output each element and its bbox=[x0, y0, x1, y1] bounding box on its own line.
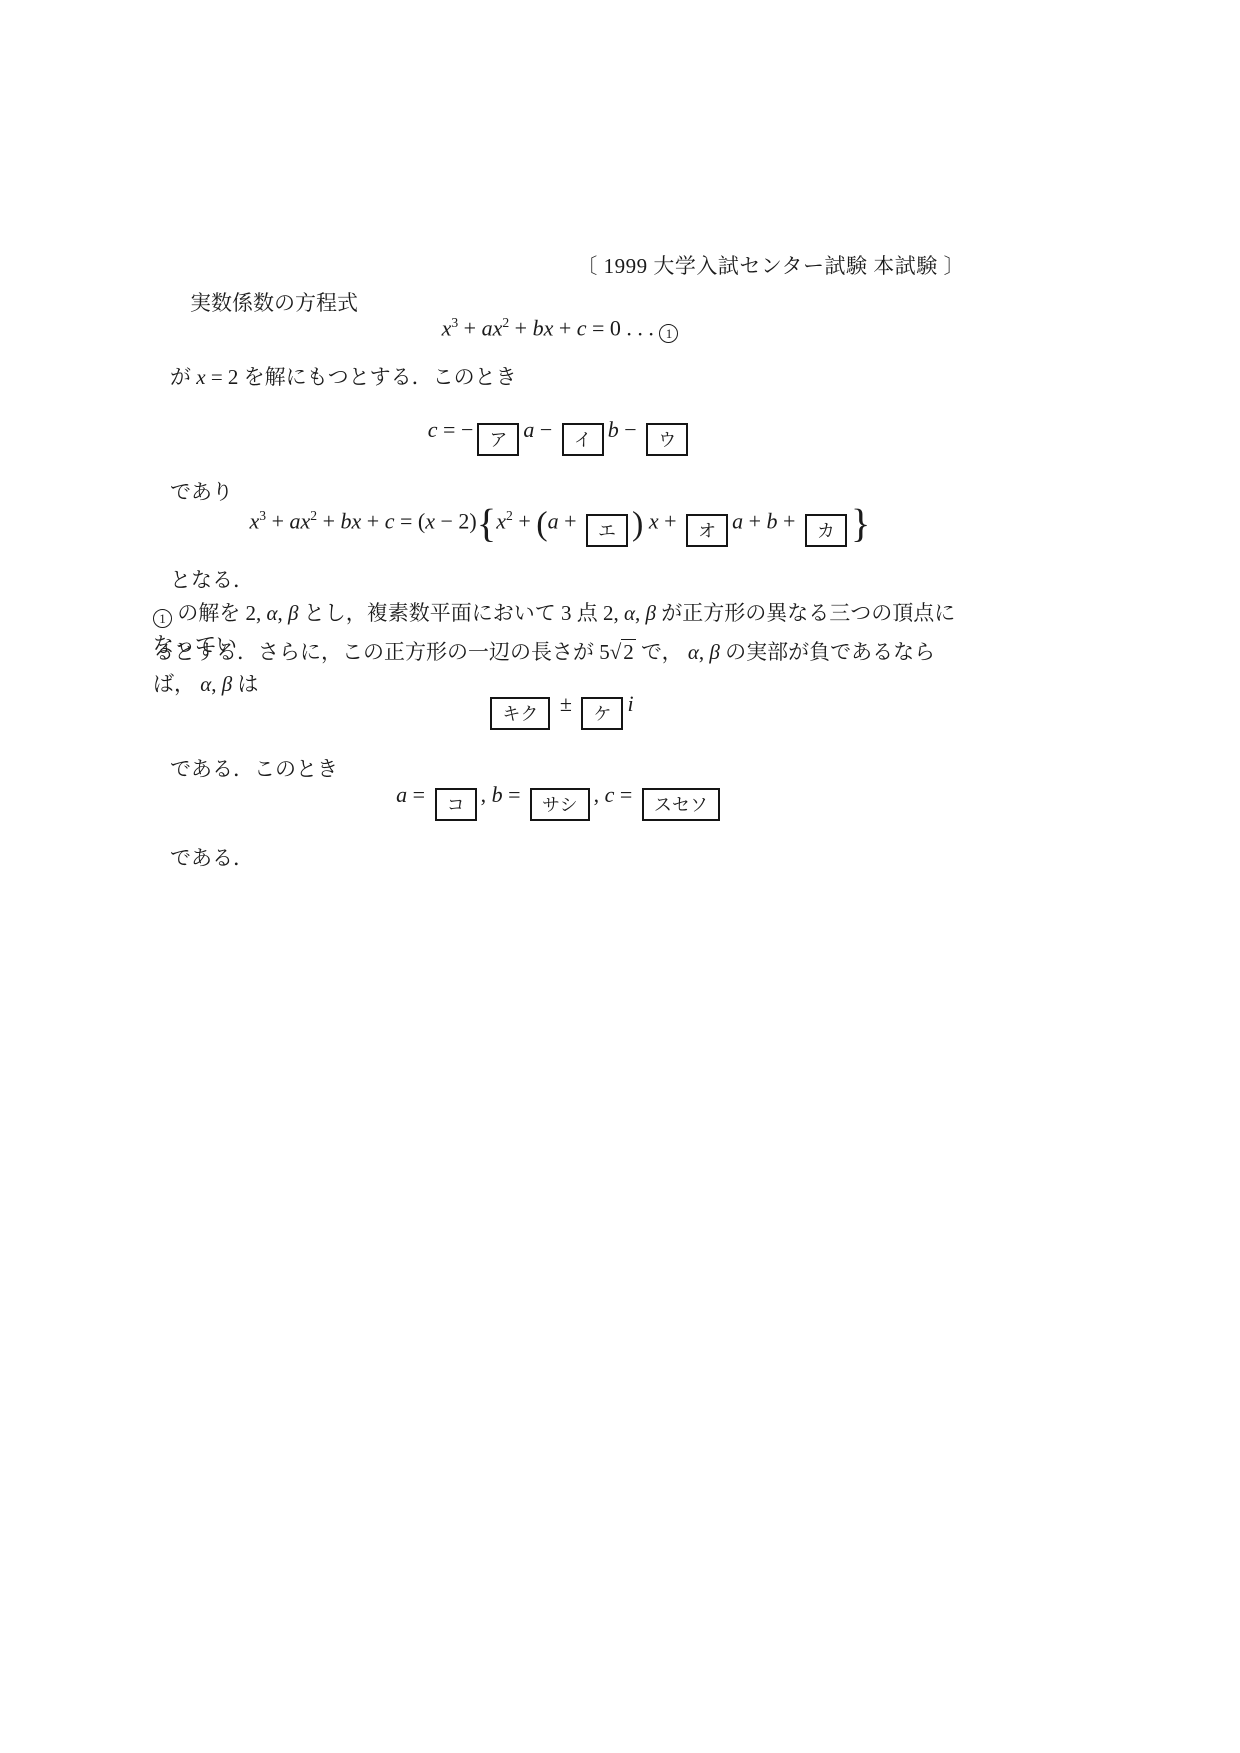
math-token: + bbox=[509, 315, 532, 340]
math-token: c bbox=[577, 315, 587, 340]
math-token: c bbox=[605, 782, 615, 807]
answer-box-suseso: スセソ bbox=[642, 788, 720, 821]
math-token: i bbox=[627, 691, 633, 716]
math-token: b bbox=[608, 417, 619, 442]
math-token: 2 bbox=[506, 508, 513, 523]
dearu-line: である． bbox=[170, 843, 254, 873]
math-token: = 0 . . . bbox=[587, 315, 660, 340]
math-token: a bbox=[548, 508, 559, 533]
equation-c-value: c = −アa − イb − ウ bbox=[155, 410, 965, 456]
answer-box-kiku: キク bbox=[490, 697, 550, 730]
equation-alpha-beta: キク ± ケi bbox=[155, 684, 965, 730]
answer-box-a: ア bbox=[477, 423, 519, 456]
math-token: − bbox=[619, 417, 642, 442]
math-token: ax bbox=[482, 315, 503, 340]
math-token: + bbox=[266, 508, 289, 533]
math-token: + bbox=[559, 508, 582, 533]
math-token: = bbox=[407, 782, 430, 807]
math-token: , bbox=[699, 640, 710, 664]
sqrt-expression: √2 bbox=[610, 639, 636, 664]
answer-box-sashi: サシ bbox=[530, 788, 590, 821]
math-token: とし，複素数平面において 3 点 2, bbox=[299, 601, 625, 625]
math-token: x bbox=[442, 315, 452, 340]
circled-number: 1 bbox=[659, 324, 678, 343]
math-token: } bbox=[851, 500, 871, 545]
math-token: ax bbox=[290, 508, 311, 533]
math-token: β bbox=[646, 601, 656, 625]
math-token: , bbox=[278, 601, 289, 625]
math-token: a bbox=[396, 782, 407, 807]
math-token: + bbox=[743, 508, 766, 533]
equation-abc-values: a = コ, b = サシ, c = スセソ bbox=[155, 775, 965, 821]
math-token: b bbox=[767, 508, 778, 533]
math-token: , bbox=[481, 782, 492, 807]
answer-box-ke: ケ bbox=[581, 697, 623, 730]
math-token: x bbox=[425, 508, 435, 533]
math-token: ) bbox=[632, 505, 643, 542]
math-token: = 2 を解にもつとする．このとき bbox=[206, 365, 517, 389]
math-token: x bbox=[250, 508, 260, 533]
math-token: + bbox=[513, 508, 536, 533]
math-token: { bbox=[477, 500, 497, 545]
math-token: x bbox=[649, 508, 659, 533]
exam-page: 〔 1999 大学入試センター試験 本試験 〕 実数係数の方程式 x3 + ax… bbox=[0, 0, 1240, 1753]
math-token: b bbox=[492, 782, 503, 807]
math-token: x bbox=[196, 365, 205, 389]
math-token: , bbox=[594, 782, 605, 807]
math-token: = − bbox=[438, 417, 474, 442]
equation-factored: x3 + ax2 + bx + c = (x − 2){x2 + (a + エ)… bbox=[155, 496, 965, 547]
answer-box-ko: コ bbox=[435, 788, 477, 821]
math-token: = ( bbox=[394, 508, 425, 533]
answer-box-i: イ bbox=[562, 423, 604, 456]
answer-box-u: ウ bbox=[646, 423, 688, 456]
math-token: で， bbox=[636, 640, 688, 664]
tonaru-line: となる． bbox=[170, 565, 254, 595]
math-token: bx bbox=[533, 315, 554, 340]
math-token: a bbox=[523, 417, 534, 442]
math-token: ± bbox=[554, 691, 577, 716]
math-token: − bbox=[534, 417, 557, 442]
math-token: c bbox=[428, 417, 438, 442]
math-token: α bbox=[267, 601, 278, 625]
math-token: β bbox=[709, 640, 719, 664]
math-token: + bbox=[553, 315, 576, 340]
math-token: + bbox=[659, 508, 682, 533]
answer-box-e: エ bbox=[586, 514, 628, 547]
math-token: + bbox=[458, 315, 481, 340]
math-token: β bbox=[288, 601, 298, 625]
math-token: の解を 2, bbox=[172, 601, 267, 625]
math-token: x bbox=[496, 508, 506, 533]
math-token: + bbox=[778, 508, 801, 533]
source-citation: 〔 1999 大学入試センター試験 本試験 〕 bbox=[155, 250, 965, 280]
radical-sign: √ bbox=[610, 640, 622, 664]
math-token: α bbox=[688, 640, 699, 664]
math-token: ( bbox=[536, 505, 547, 542]
math-token: + bbox=[317, 508, 340, 533]
answer-box-o: オ bbox=[686, 514, 728, 547]
math-token: + bbox=[361, 508, 384, 533]
math-token: bx bbox=[341, 508, 362, 533]
math-token: = bbox=[614, 782, 637, 807]
math-token: が bbox=[170, 365, 196, 389]
math-token: るとする．さらに，この正方形の一辺の長さが 5 bbox=[153, 640, 610, 664]
answer-box-ka: カ bbox=[805, 514, 847, 547]
condition-line: が x = 2 を解にもつとする．このとき bbox=[170, 362, 517, 392]
radicand: 2 bbox=[621, 639, 636, 664]
math-token: a bbox=[732, 508, 743, 533]
circled-number: 1 bbox=[153, 609, 172, 628]
math-token: α bbox=[624, 601, 635, 625]
math-token: − 2) bbox=[435, 508, 477, 533]
math-token: , bbox=[635, 601, 646, 625]
math-token: = bbox=[503, 782, 526, 807]
equation-cubic: x3 + ax2 + bx + c = 0 . . . 1 bbox=[155, 303, 965, 348]
